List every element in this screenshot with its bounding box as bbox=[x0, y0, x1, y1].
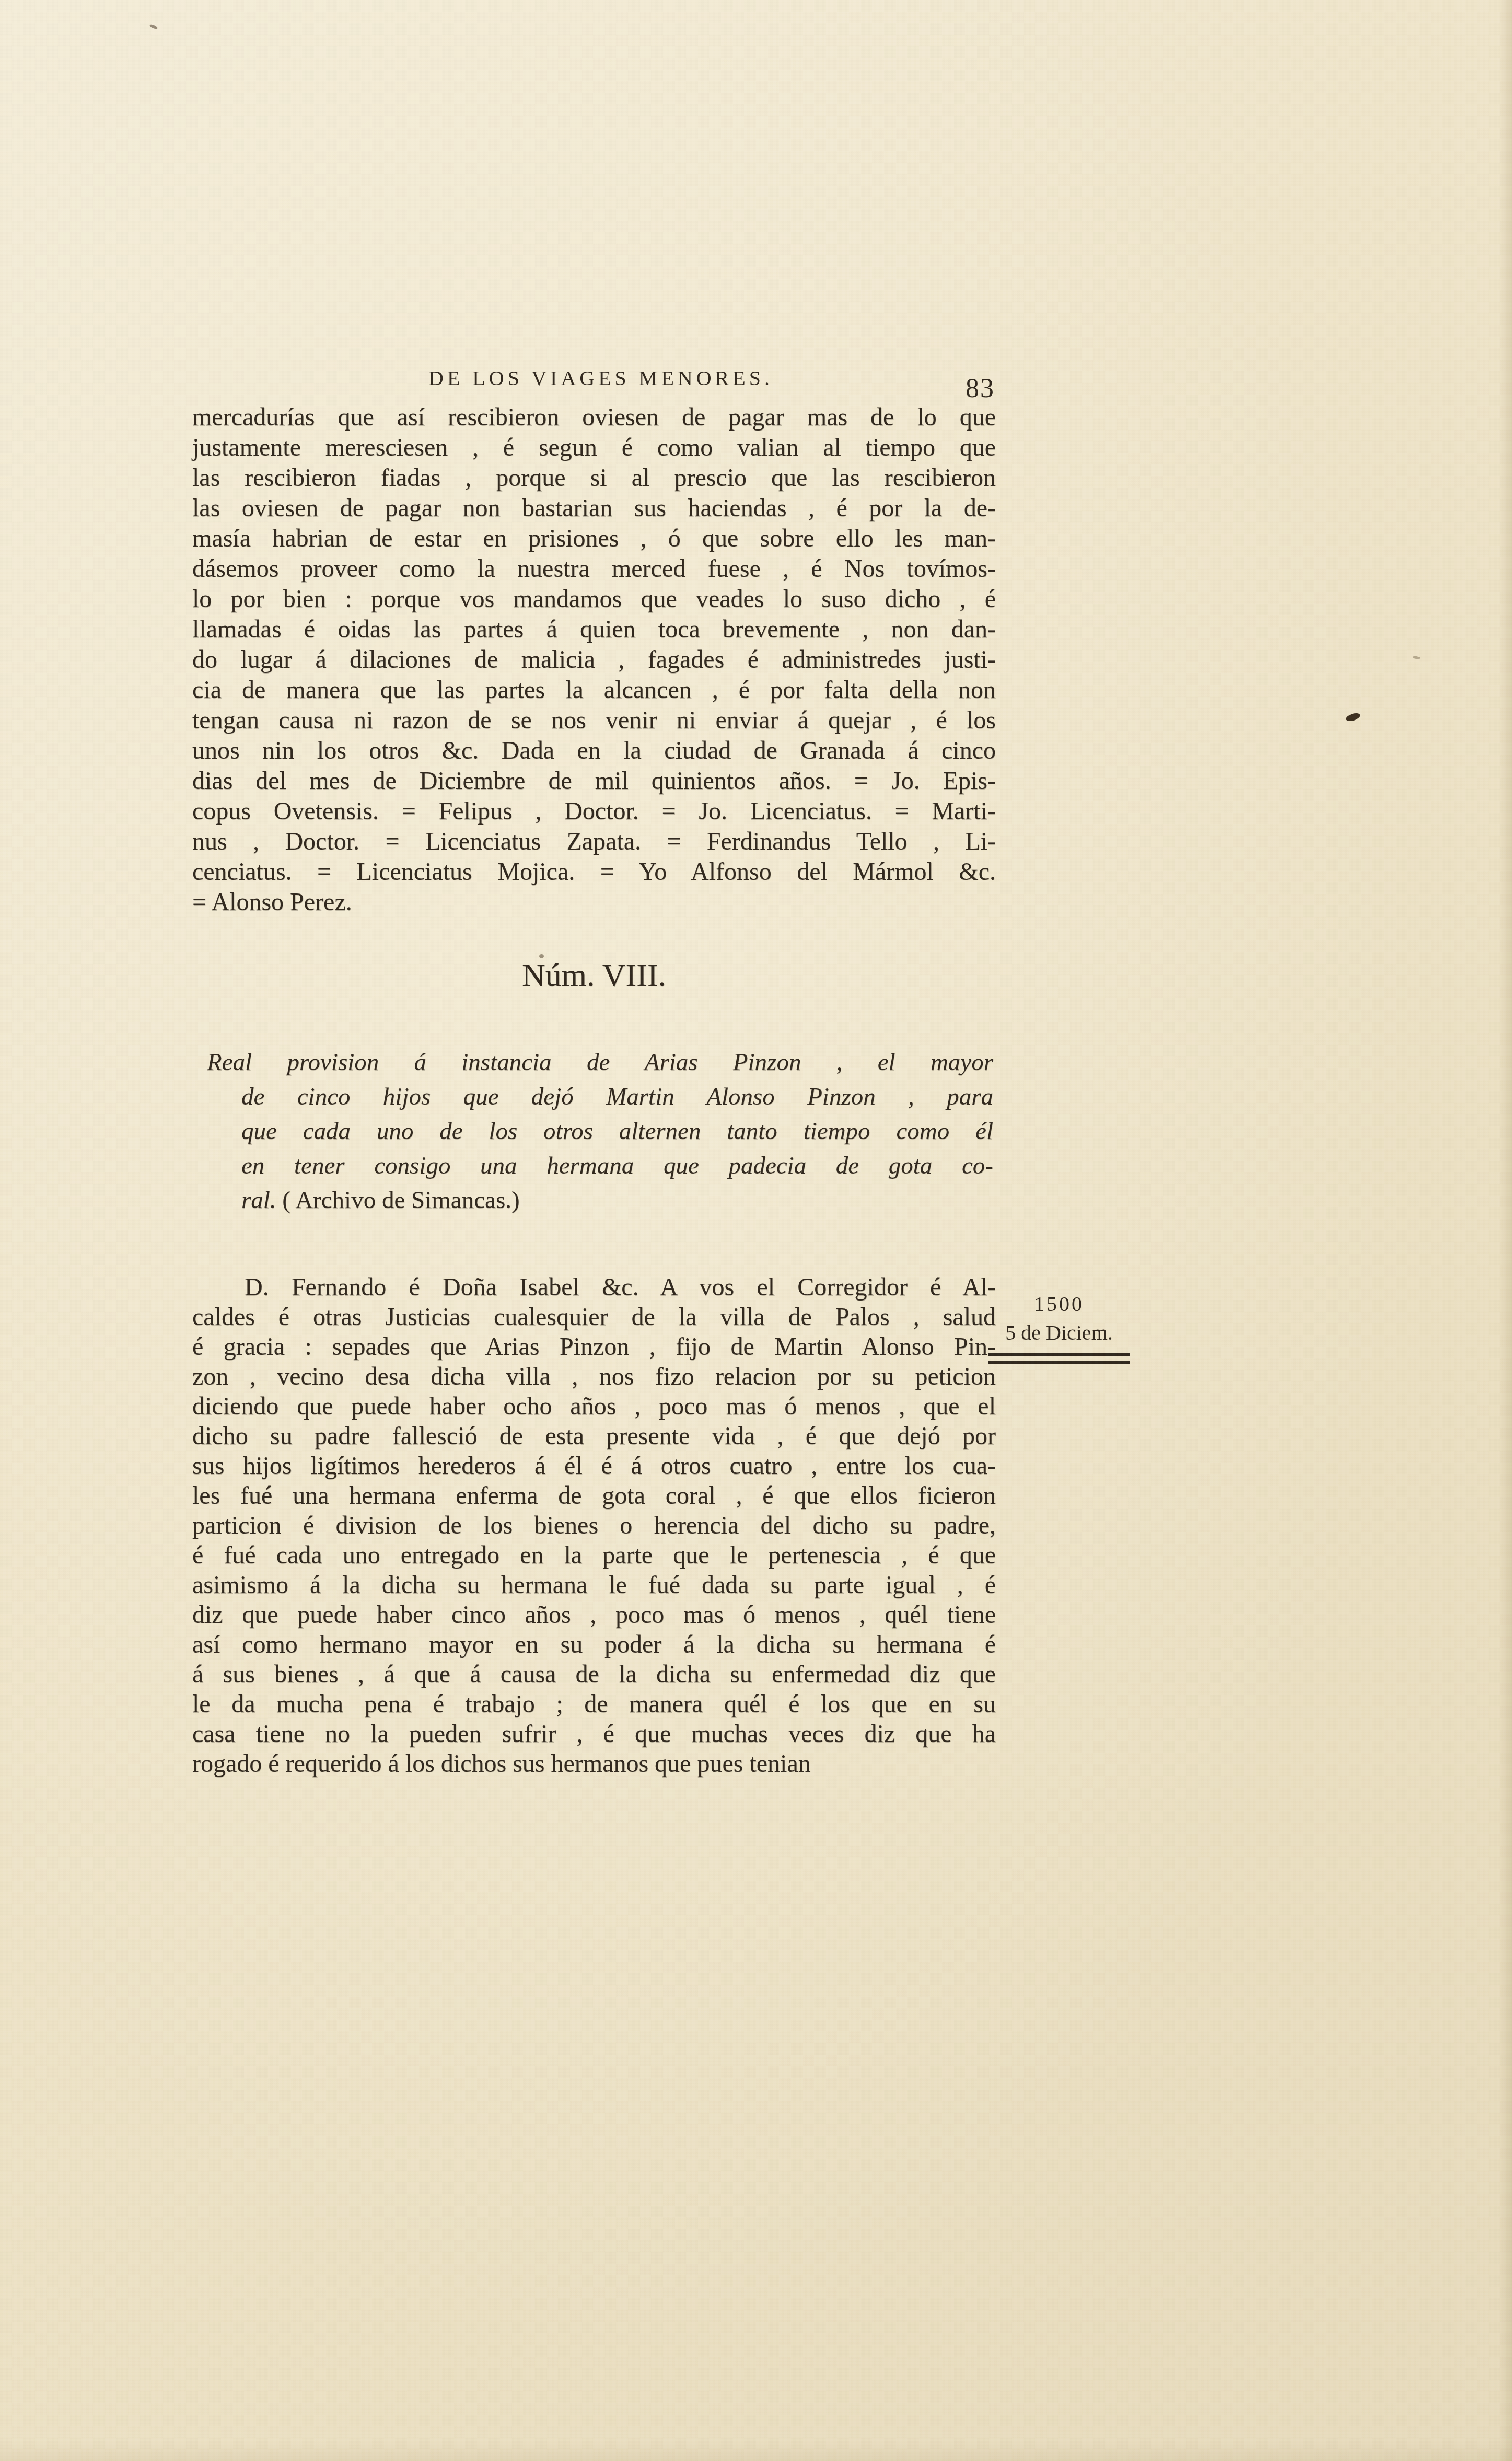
text-line: particion é division de los bienes o her… bbox=[192, 1511, 996, 1540]
text-line: dicho su padre fallesció de esta present… bbox=[192, 1421, 996, 1451]
margin-date-note: 1500 5 de Diciem. bbox=[988, 1292, 1130, 1364]
page-edge-shadow bbox=[1498, 0, 1512, 2461]
summary-tail-italic: ral. bbox=[241, 1187, 282, 1214]
text-line: dias del mes de Diciembre de mil quinien… bbox=[192, 766, 996, 796]
book-page-scan: DE LOS VIAGES MENORES. 83 mercadurías qu… bbox=[0, 0, 1512, 2461]
text-line: llamadas é oidas las partes á quien toca… bbox=[192, 614, 996, 645]
text-line: do lugar á dilaciones de malicia , fagad… bbox=[192, 645, 996, 675]
text-line: las rescibieron fiadas , porque si al pr… bbox=[192, 463, 996, 493]
text-line: rogado é requerido á los dichos sus herm… bbox=[192, 1749, 996, 1779]
ink-speck bbox=[1413, 656, 1421, 659]
text-line: caldes é otras Justicias cualesquier de … bbox=[192, 1302, 996, 1332]
text-line: en tener consigo una hermana que padecia… bbox=[207, 1148, 993, 1183]
text-line: justamente meresciesen , é segun é como … bbox=[192, 433, 996, 463]
text-line: á sus bienes , á que á causa de la dicha… bbox=[192, 1659, 996, 1689]
section-heading: Núm. VIII. bbox=[192, 957, 1041, 994]
text-line: casa tiene no la pueden sufrir , é que m… bbox=[192, 1719, 996, 1749]
text-line: é gracia : sepades que Arias Pinzon , fi… bbox=[192, 1332, 996, 1362]
text-line: é fué cada uno entregado en la parte que… bbox=[192, 1540, 996, 1570]
text-line: D. Fernando é Doña Isabel &c. A vos el C… bbox=[192, 1272, 996, 1302]
text-line: asimismo á la dicha su hermana le fué da… bbox=[192, 1570, 996, 1600]
text-line: masía habrian de estar en prisiones , ó … bbox=[192, 524, 996, 554]
text-line: dásemos proveer como la nuestra merced f… bbox=[192, 554, 996, 584]
page-bottom-shadow bbox=[0, 2440, 1512, 2461]
archive-source: ( Archivo de Simancas.) bbox=[282, 1187, 519, 1214]
page-number: 83 bbox=[966, 373, 995, 404]
text-line: Real provision á instancia de Arias Pinz… bbox=[207, 1045, 993, 1079]
text-line: mercadurías que así rescibieron oviesen … bbox=[192, 402, 996, 433]
text-line: = Alonso Perez. bbox=[192, 887, 996, 918]
text-line: zon , vecino desa dicha villa , nos fizo… bbox=[192, 1362, 996, 1391]
margin-year: 1500 bbox=[988, 1292, 1130, 1316]
text-line: sus hijos ligítimos herederos á él é á o… bbox=[192, 1451, 996, 1481]
paragraph-main: D. Fernando é Doña Isabel &c. A vos el C… bbox=[192, 1272, 996, 1779]
text-line: de cinco hijos que dejó Martin Alonso Pi… bbox=[207, 1079, 993, 1114]
margin-date: 5 de Diciem. bbox=[988, 1320, 1130, 1345]
text-line: ral. ( Archivo de Simancas.) bbox=[207, 1183, 993, 1217]
text-line: le da mucha pena é trabajo ; de manera q… bbox=[192, 1689, 996, 1719]
text-line: que cada uno de los otros alternen tanto… bbox=[207, 1114, 993, 1148]
running-title: DE LOS VIAGES MENORES. bbox=[192, 366, 996, 390]
text-line: les fué una hermana enferma de gota cora… bbox=[192, 1481, 996, 1511]
text-line: cia de manera que las partes la alcancen… bbox=[192, 675, 996, 705]
text-line: copus Ovetensis. = Felipus , Doctor. = J… bbox=[192, 796, 996, 827]
paragraph-continuation: mercadurías que así rescibieron oviesen … bbox=[192, 402, 996, 918]
text-line: lo por bien : porque vos mandamos que ve… bbox=[192, 584, 996, 614]
ink-speck bbox=[149, 24, 158, 30]
running-header: DE LOS VIAGES MENORES. 83 bbox=[192, 366, 996, 390]
text-line: cenciatus. = Licenciatus Mojica. = Yo Al… bbox=[192, 857, 996, 887]
document-summary: Real provision á instancia de Arias Pinz… bbox=[207, 1045, 993, 1217]
summary-lines: Real provision á instancia de Arias Pinz… bbox=[207, 1045, 993, 1183]
text-line: diz que puede haber cinco años , poco ma… bbox=[192, 1600, 996, 1630]
double-rule bbox=[988, 1353, 1130, 1364]
text-line: nus , Doctor. = Licenciatus Zapata. = Fe… bbox=[192, 827, 996, 857]
text-line: así como hermano mayor en su poder á la … bbox=[192, 1630, 996, 1659]
text-line: unos nin los otros &c. Dada en la ciudad… bbox=[192, 736, 996, 766]
text-line: las oviesen de pagar non bastarian sus h… bbox=[192, 493, 996, 524]
text-line: tengan causa ni razon de se nos venir ni… bbox=[192, 705, 996, 736]
text-line: diciendo que puede haber ocho años , poc… bbox=[192, 1391, 996, 1421]
ink-speck bbox=[1345, 712, 1362, 723]
